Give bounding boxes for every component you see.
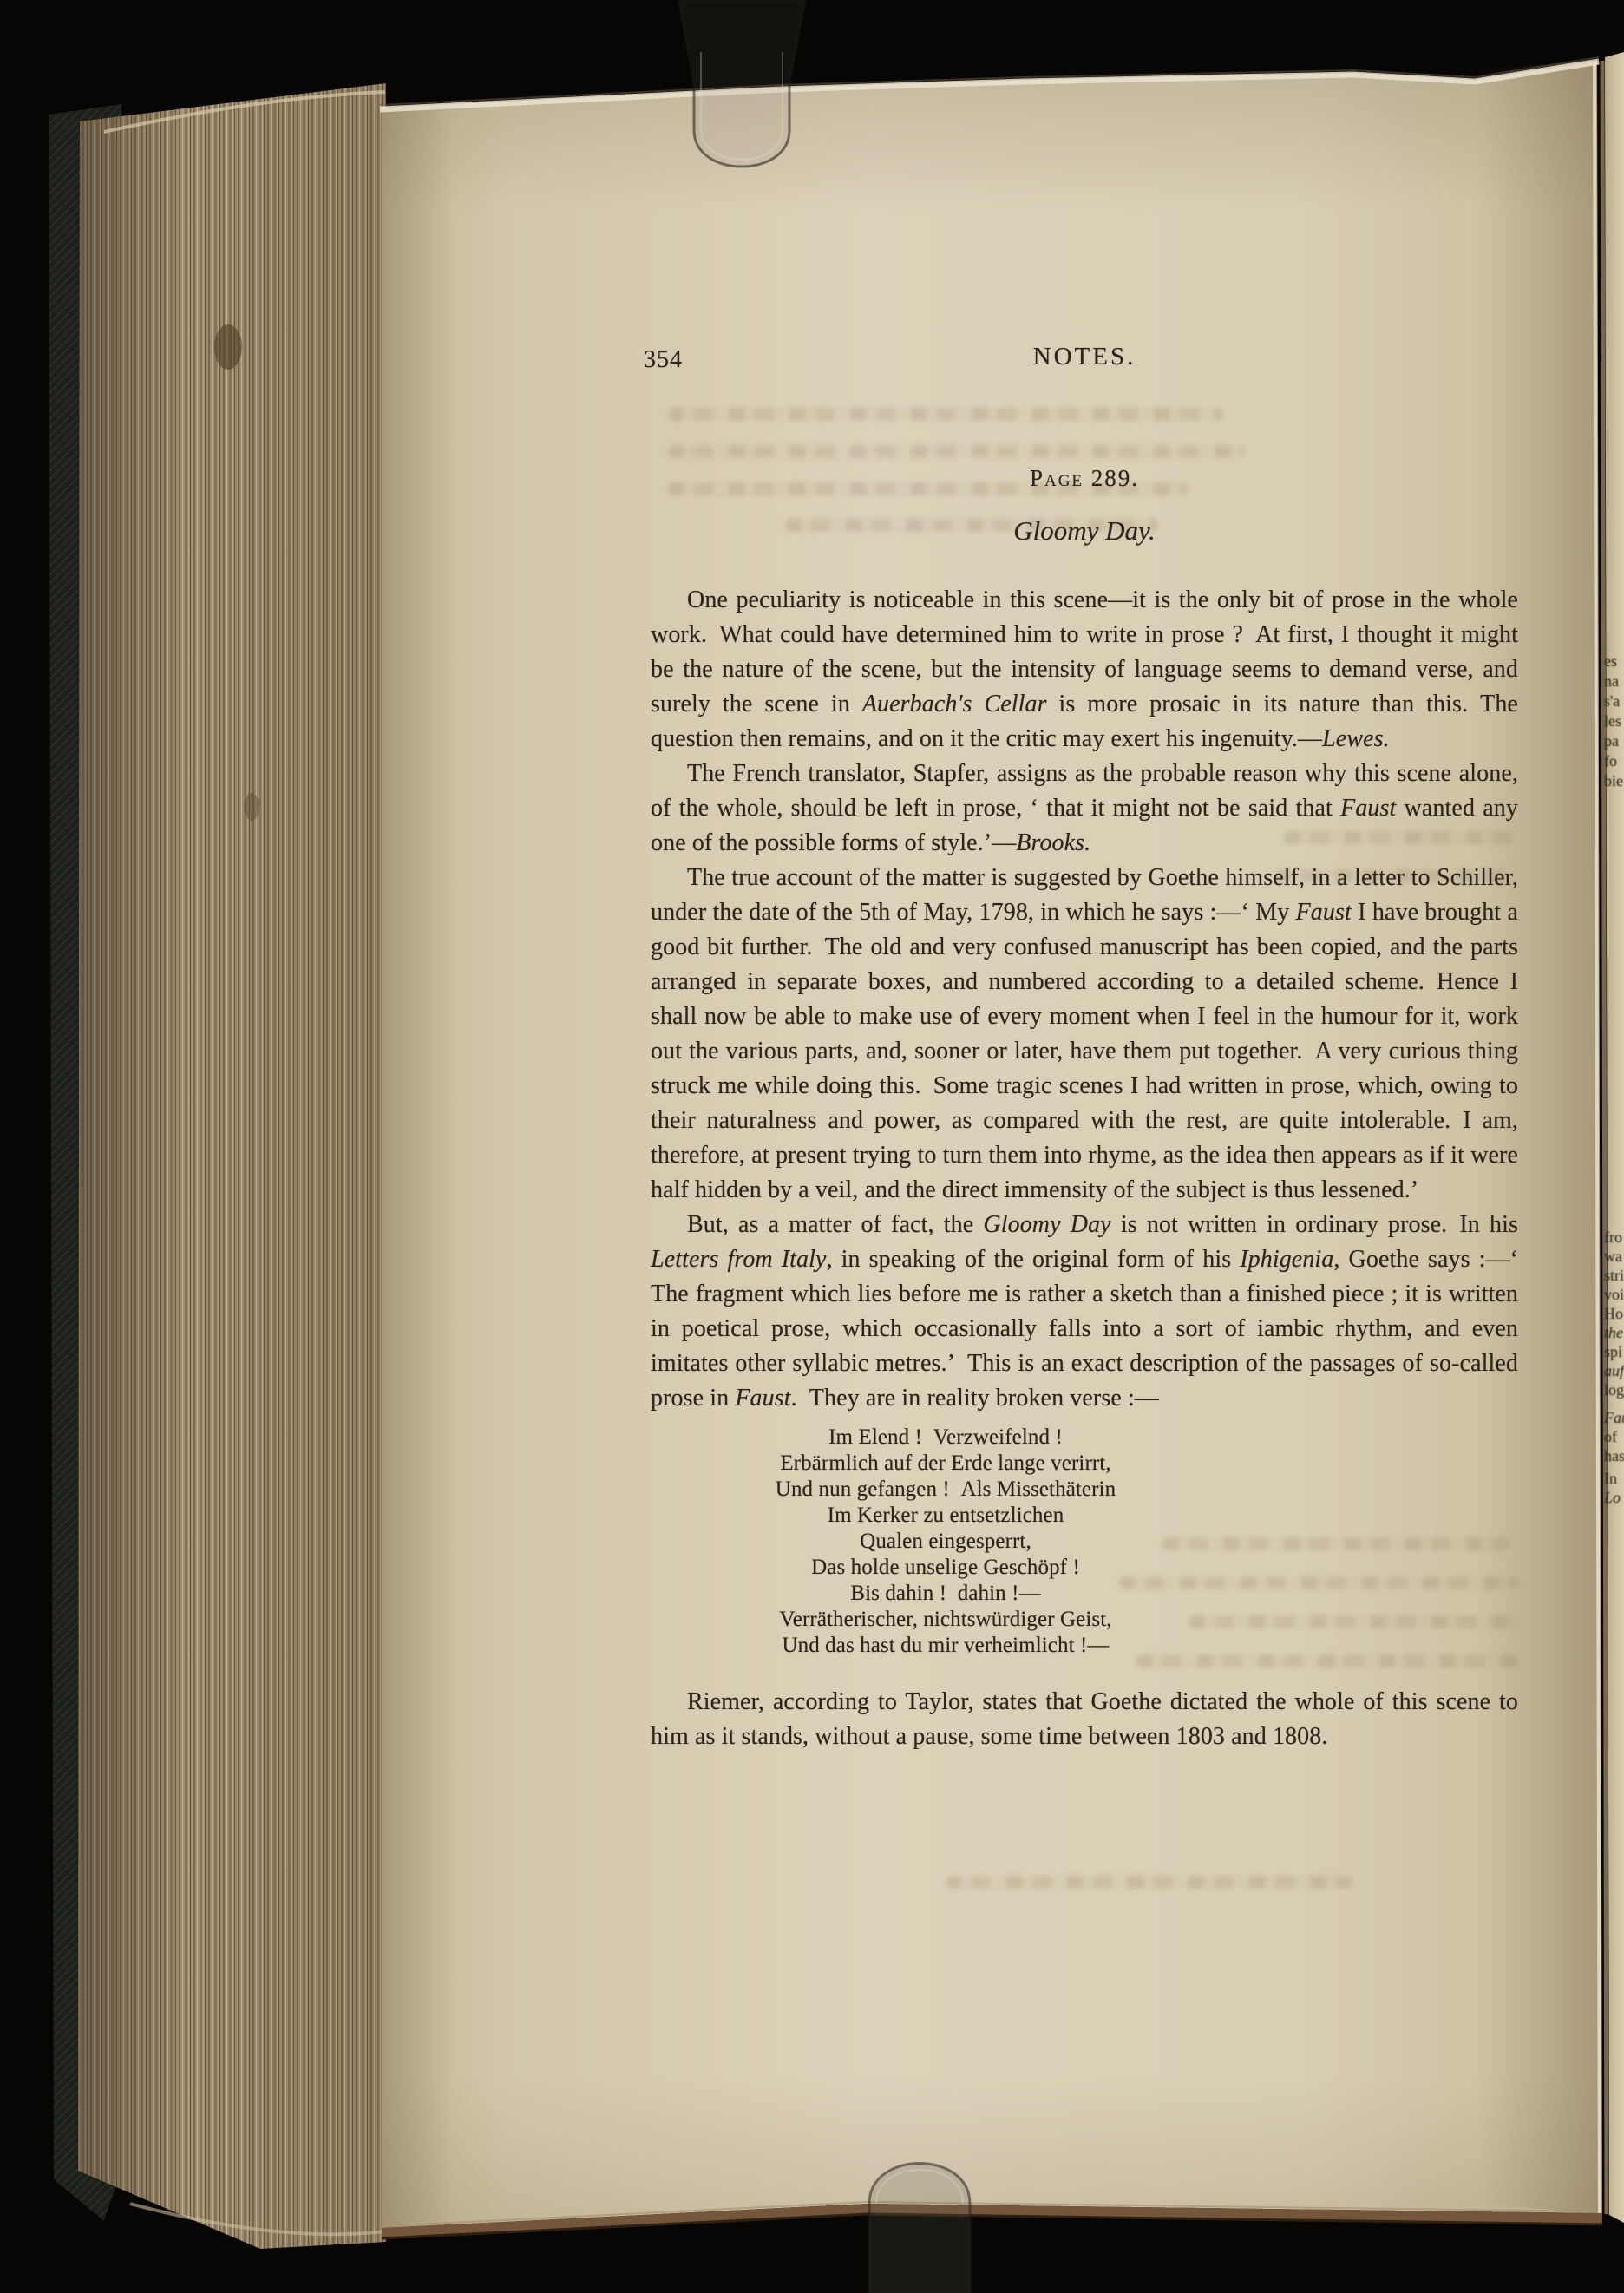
facing-fragment-line: wa bbox=[1604, 1248, 1624, 1267]
italic-text: Iphigenia bbox=[1240, 1246, 1333, 1273]
facing-fragment-line: stri bbox=[1604, 1267, 1624, 1286]
italic-text: Faust bbox=[1296, 899, 1352, 926]
facing-fragment-line: of bbox=[1604, 1428, 1624, 1447]
facing-fragment-line: Fau bbox=[1604, 1409, 1624, 1428]
facing-fragment-line: pa bbox=[1604, 732, 1624, 752]
verse-line: Bis dahin ! dahin !— bbox=[651, 1581, 1241, 1607]
facing-fragment-group: frowastrivoiHothespiauflog bbox=[1604, 1228, 1624, 1400]
facing-fragment-line: the bbox=[1604, 1324, 1624, 1343]
text-run: I have brought a good bit further. The o… bbox=[651, 899, 1518, 1203]
italic-text: Faust bbox=[1340, 795, 1396, 822]
facing-fragment-line: voi bbox=[1604, 1286, 1624, 1305]
running-head: NOTES. bbox=[911, 343, 1258, 371]
facing-fragment-line: na bbox=[1604, 672, 1624, 692]
italic-text: Gloomy Day bbox=[983, 1211, 1110, 1238]
facing-fragment-group: Fauofhas bbox=[1604, 1409, 1624, 1466]
italic-text: Brooks. bbox=[1016, 829, 1090, 856]
book-scan-photo: 354 NOTES. Page 289. Gloomy Day. One pec… bbox=[0, 0, 1624, 2293]
verse-line: Im Elend ! Verzweifelnd ! bbox=[651, 1425, 1241, 1451]
section-heading: Page 289. bbox=[911, 465, 1258, 492]
facing-fragment-line: bie bbox=[1604, 772, 1624, 792]
facing-fragment-line: In bbox=[1604, 1470, 1624, 1489]
facing-fragment-line: log bbox=[1604, 1381, 1624, 1400]
facing-fragment-line: s'a bbox=[1604, 692, 1624, 712]
italic-text: Faust bbox=[735, 1385, 790, 1412]
verse-line: Im Kerker zu entsetzlichen bbox=[651, 1503, 1241, 1529]
body-text: One peculiarity is noticeable in this sc… bbox=[651, 583, 1518, 1754]
paragraph: The French translator, Stapfer, assigns … bbox=[651, 757, 1518, 861]
facing-fragment-line: les bbox=[1604, 712, 1624, 732]
facing-fragment-group: esnas'alespafobie bbox=[1604, 652, 1624, 792]
facing-fragment-line: auf bbox=[1604, 1362, 1624, 1381]
facing-fragment-group: InLo bbox=[1604, 1470, 1624, 1508]
text-run: is not written in ordinary prose. In his bbox=[1111, 1211, 1518, 1238]
page-text-layer: 354 NOTES. Page 289. Gloomy Day. One pec… bbox=[0, 0, 1624, 2293]
verse-line: Erbärmlich auf der Erde lange verirrt, bbox=[651, 1451, 1241, 1477]
italic-text: Lewes. bbox=[1322, 725, 1390, 752]
facing-fragment-line: Lo bbox=[1604, 1489, 1624, 1508]
verse-line: Qualen eingesperrt, bbox=[651, 1529, 1241, 1555]
text-run: But, as a matter of fact, the bbox=[687, 1211, 983, 1238]
paragraph: One peculiarity is noticeable in this sc… bbox=[651, 583, 1518, 757]
facing-fragment-line: spi bbox=[1604, 1343, 1624, 1362]
facing-fragment-line: es bbox=[1604, 652, 1624, 672]
text-run: Riemer, according to Taylor, states that… bbox=[651, 1688, 1518, 1750]
paragraph: The true account of the matter is sugges… bbox=[651, 861, 1518, 1208]
facing-fragment-line: fro bbox=[1604, 1228, 1624, 1248]
scene-title: Gloomy Day. bbox=[911, 515, 1258, 547]
verse-line: Das holde unselige Geschöpf ! bbox=[651, 1555, 1241, 1581]
facing-fragment-line: fo bbox=[1604, 752, 1624, 772]
closing-paragraph: Riemer, according to Taylor, states that… bbox=[651, 1685, 1518, 1754]
italic-text: Letters from Italy bbox=[651, 1246, 827, 1273]
text-run: . They are in reality broken verse :— bbox=[791, 1385, 1159, 1412]
facing-fragment-line: Ho bbox=[1604, 1305, 1624, 1324]
italic-text: Auerbach's Cellar bbox=[862, 691, 1047, 717]
verse-line: Und das hast du mir verheimlicht !— bbox=[651, 1633, 1241, 1659]
paragraph: But, as a matter of fact, the Gloomy Day… bbox=[651, 1208, 1518, 1416]
verse-block: Im Elend ! Verzweifelnd !Erbärmlich auf … bbox=[651, 1425, 1241, 1659]
facing-fragment-line: has bbox=[1604, 1447, 1624, 1466]
page-number: 354 bbox=[644, 346, 683, 374]
verse-line: Verrätherischer, nichtswürdiger Geist, bbox=[651, 1607, 1241, 1633]
verse-line: Und nun gefangen ! Als Missethäterin bbox=[651, 1477, 1241, 1503]
text-run: , in speaking of the original form of hi… bbox=[827, 1246, 1241, 1273]
